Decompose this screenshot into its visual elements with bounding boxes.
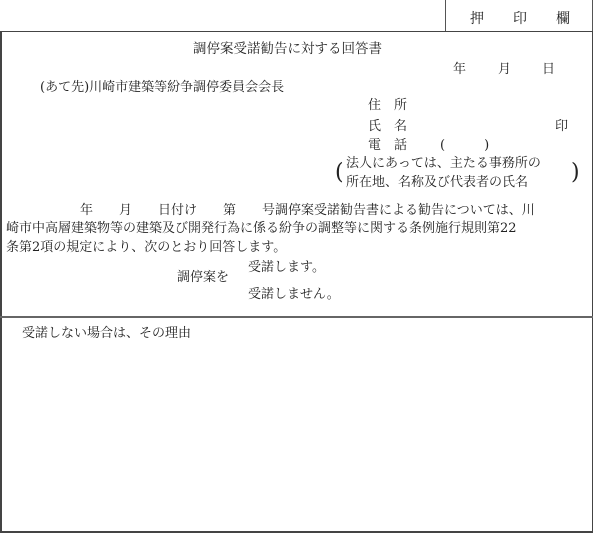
stamp-box: 押 印 欄 (445, 0, 593, 32)
reason-input-area[interactable] (2, 346, 591, 530)
stamp-label-char: 押 (470, 8, 484, 28)
date-day[interactable]: 日 (542, 62, 555, 78)
body-line-1: 年 月 日付け 第 号調停案受諾勧告書による勧告については、川 (80, 203, 535, 219)
section-divider (0, 316, 593, 318)
page-title: 調停案受諾勧告に対する回答書 (193, 41, 382, 57)
stamp-label-char: 印 (513, 8, 527, 28)
corporate-note-line1: 法人にあっては、主たる事務所の (346, 156, 541, 172)
seal-mark: 印 (555, 119, 568, 135)
bracket-left-icon: ( (335, 153, 344, 193)
phone-label: 電 話 (368, 138, 407, 154)
choice-lead: 調停案を (177, 270, 229, 286)
addressee: (あて先)川崎市建築等紛争調停委員会会長 (40, 80, 284, 96)
body-line-2: 崎市中高層建築物等の建築及び開発行為に係る紛争の調整等に関する条例施行規則第22 (6, 221, 517, 237)
bracket-right-icon: ) (571, 153, 580, 193)
date-year[interactable]: 年 (453, 62, 466, 78)
reason-label: 受諾しない場合は、その理由 (22, 326, 191, 342)
corporate-note-line2: 所在地、名称及び代表者の氏名 (346, 175, 528, 191)
option-accept[interactable]: 受諾します。 (248, 260, 325, 276)
phone-field[interactable]: ( ) (440, 138, 489, 154)
option-reject[interactable]: 受諾しません。 (248, 287, 340, 303)
address-label: 住 所 (368, 98, 407, 114)
body-line-3: 条第2項の規定により、次のとおり回答します。 (6, 240, 286, 256)
date-month[interactable]: 月 (498, 62, 511, 78)
stamp-label-char: 欄 (556, 8, 570, 28)
name-label: 氏 名 (368, 119, 407, 135)
